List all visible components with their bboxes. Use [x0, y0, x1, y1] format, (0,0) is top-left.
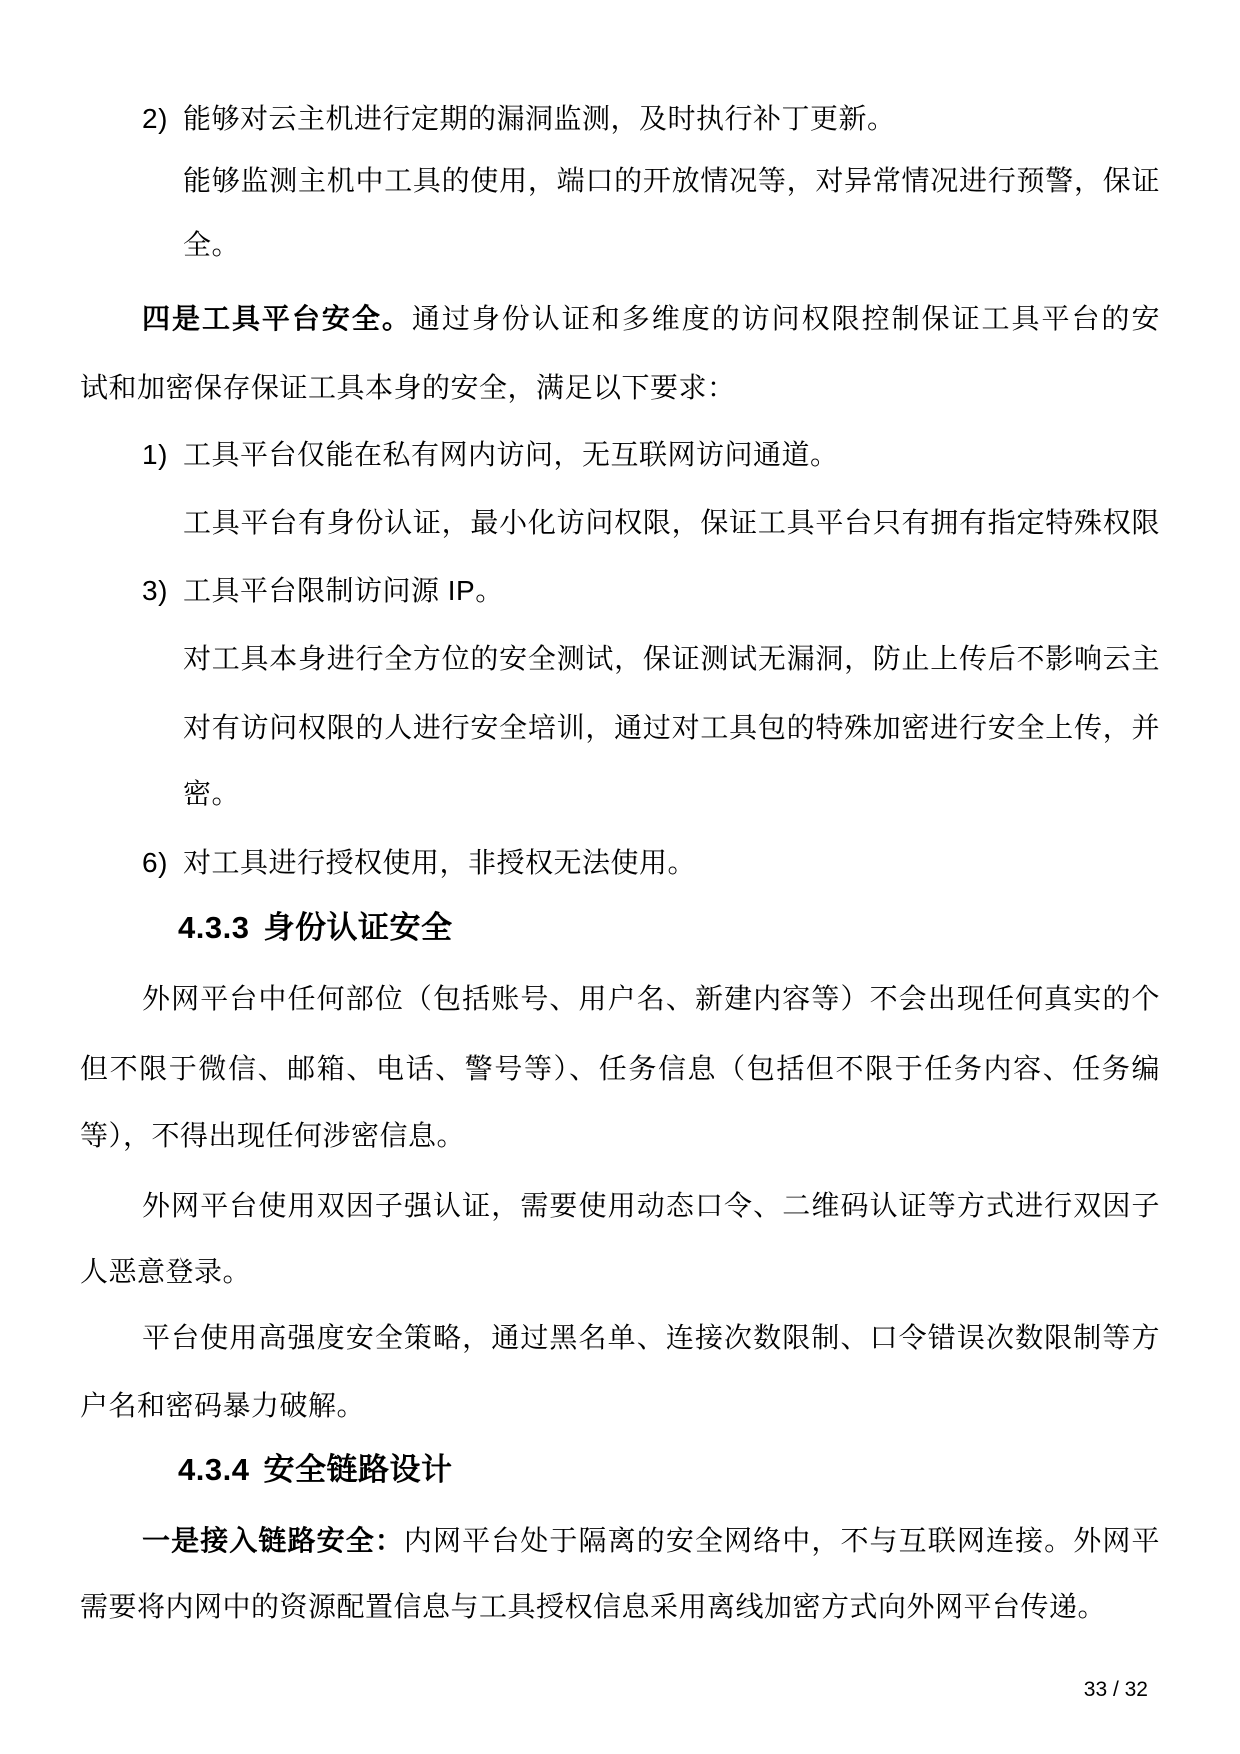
section-heading-number: 4.3.3 — [178, 910, 249, 945]
section-heading-link: 4.3.4安全链路设计 — [178, 1450, 452, 1490]
list-item-text: 密。 — [183, 778, 240, 809]
page-number-indicator: 33 / 32 — [1084, 1678, 1148, 1702]
list-item-number: 6) — [142, 845, 168, 881]
list-item-text: 全。 — [183, 229, 240, 260]
list-item-tool-2: 2)工具平台有身份认证，最小化访问权限，保证工具平台只有拥有指定特殊权限的人使用… — [183, 505, 1160, 541]
list-item-tool-1: 1) 工具平台仅能在私有网内访问，无互联网访问通道。 — [183, 437, 1160, 473]
list-item-text: 工具平台仅能在私有网内访问，无互联网访问通道。 — [183, 439, 839, 470]
list-item-tool-5-line2: 密。 — [183, 776, 1160, 812]
paragraph-identity2-line1: 外网平台使用双因子强认证，需要使用动态口令、二维码认证等方式进行双因子认证，防止… — [142, 1188, 1160, 1224]
list-item-text: 工具平台有身份认证，最小化访问权限，保证工具平台只有拥有指定特殊权限的人使用。 — [183, 507, 1160, 541]
list-item-cloud-2: 2) 能够对云主机进行定期的漏洞监测，及时执行补丁更新。 — [183, 101, 1160, 137]
list-item-tool-5-line1: 5)对有访问权限的人进行安全培训，通过对工具包的特殊加密进行安全上传，并采用一次… — [183, 710, 1160, 746]
list-item-text: 工具平台限制访问源 IP。 — [183, 575, 504, 606]
paragraph-identity3-line1: 平台使用高强度安全策略，通过黑名单、连接次数限制、口令错误次数限制等方法防止平台… — [142, 1320, 1160, 1356]
paragraph-bold-lead: 一是接入链路安全： — [142, 1525, 404, 1556]
list-item-text: 对工具本身进行全方位的安全测试，保证测试无漏洞，防止上传后不影响云主机安全运行。 — [183, 643, 1160, 677]
section-heading-title: 安全链路设计 — [263, 1452, 452, 1487]
paragraph-text: 但不限于微信、邮箱、电话、警号等）、任务信息（包括但不限于任务内容、任务编号、参… — [80, 1053, 1160, 1087]
document-page: 2) 能够对云主机进行定期的漏洞监测，及时执行补丁更新。 3)能够监测主机中工具… — [0, 0, 1240, 1754]
list-item-cloud-3-line1: 3)能够监测主机中工具的使用，端口的开放情况等，对异常情况进行预警，保证云主机的… — [183, 163, 1160, 199]
list-item-text: 能够对云主机进行定期的漏洞监测，及时执行补丁更新。 — [183, 103, 896, 134]
paragraph-identity1-line3: 等），不得出现任何涉密信息。 — [80, 1118, 1160, 1154]
paragraph-identity3-line2: 户名和密码暴力破解。 — [80, 1388, 1160, 1424]
list-item-tool-6: 6) 对工具进行授权使用，非授权无法使用。 — [183, 845, 1160, 881]
section-heading-number: 4.3.4 — [178, 1452, 249, 1487]
paragraph-text: 平台使用高强度安全策略，通过黑名单、连接次数限制、口令错误次数限制等方法防止平台… — [142, 1322, 1160, 1356]
list-item-tool-4: 4)对工具本身进行全方位的安全测试，保证测试无漏洞，防止上传后不影响云主机安全运… — [183, 641, 1160, 677]
paragraph-link-line1: 一是接入链路安全：内网平台处于隔离的安全网络中，不与互联网连接。外网平台的主机创… — [142, 1523, 1160, 1559]
paragraph-text: 人恶意登录。 — [80, 1256, 251, 1287]
list-item-number: 1) — [142, 437, 168, 473]
list-item-cloud-3-line2: 全。 — [183, 227, 1160, 263]
paragraph-identity1-line2: 但不限于微信、邮箱、电话、警号等）、任务信息（包括但不限于任务内容、任务编号、参… — [80, 1051, 1160, 1087]
paragraph-tool-platform-line2: 试和加密保存保证工具本身的安全，满足以下要求： — [80, 370, 1160, 406]
paragraph-text: 等），不得出现任何涉密信息。 — [80, 1120, 465, 1151]
paragraph-text: 外网平台中任何部位（包括账号、用户名、新建内容等）不会出现任何真实的个人信息（包… — [142, 983, 1160, 1017]
paragraph-tool-platform-line1: 四是工具平台安全。通过身份认证和多维度的访问权限控制保证工具平台的安全，通过安全… — [142, 301, 1160, 337]
list-item-tool-3: 3) 工具平台限制访问源 IP。 — [183, 573, 1160, 609]
list-item-number: 2) — [142, 101, 168, 137]
paragraph-link-line2: 需要将内网中的资源配置信息与工具授权信息采用离线加密方式向外网平台传递。 — [80, 1589, 1160, 1625]
paragraph-identity2-line2: 人恶意登录。 — [80, 1254, 1160, 1290]
list-item-text: 能够监测主机中工具的使用，端口的开放情况等，对异常情况进行预警，保证云主机的安 — [183, 165, 1160, 199]
paragraph-text: 户名和密码暴力破解。 — [80, 1390, 365, 1421]
list-item-text: 对有访问权限的人进行安全培训，通过对工具包的特殊加密进行安全上传，并采用一次一 — [183, 712, 1160, 746]
paragraph-identity1-line1: 外网平台中任何部位（包括账号、用户名、新建内容等）不会出现任何真实的个人信息（包… — [142, 981, 1160, 1017]
paragraph-text: 试和加密保存保证工具本身的安全，满足以下要求： — [80, 372, 736, 403]
paragraph-text: 外网平台使用双因子强认证，需要使用动态口令、二维码认证等方式进行双因子认证，防止… — [142, 1190, 1160, 1224]
paragraph-text: 需要将内网中的资源配置信息与工具授权信息采用离线加密方式向外网平台传递。 — [80, 1591, 1106, 1622]
list-item-number: 3) — [142, 573, 168, 609]
section-heading-title: 身份认证安全 — [263, 910, 452, 945]
list-item-text: 对工具进行授权使用，非授权无法使用。 — [183, 847, 696, 878]
section-heading-identity: 4.3.3身份认证安全 — [178, 908, 452, 948]
paragraph-bold-lead: 四是工具平台安全。 — [142, 303, 412, 334]
